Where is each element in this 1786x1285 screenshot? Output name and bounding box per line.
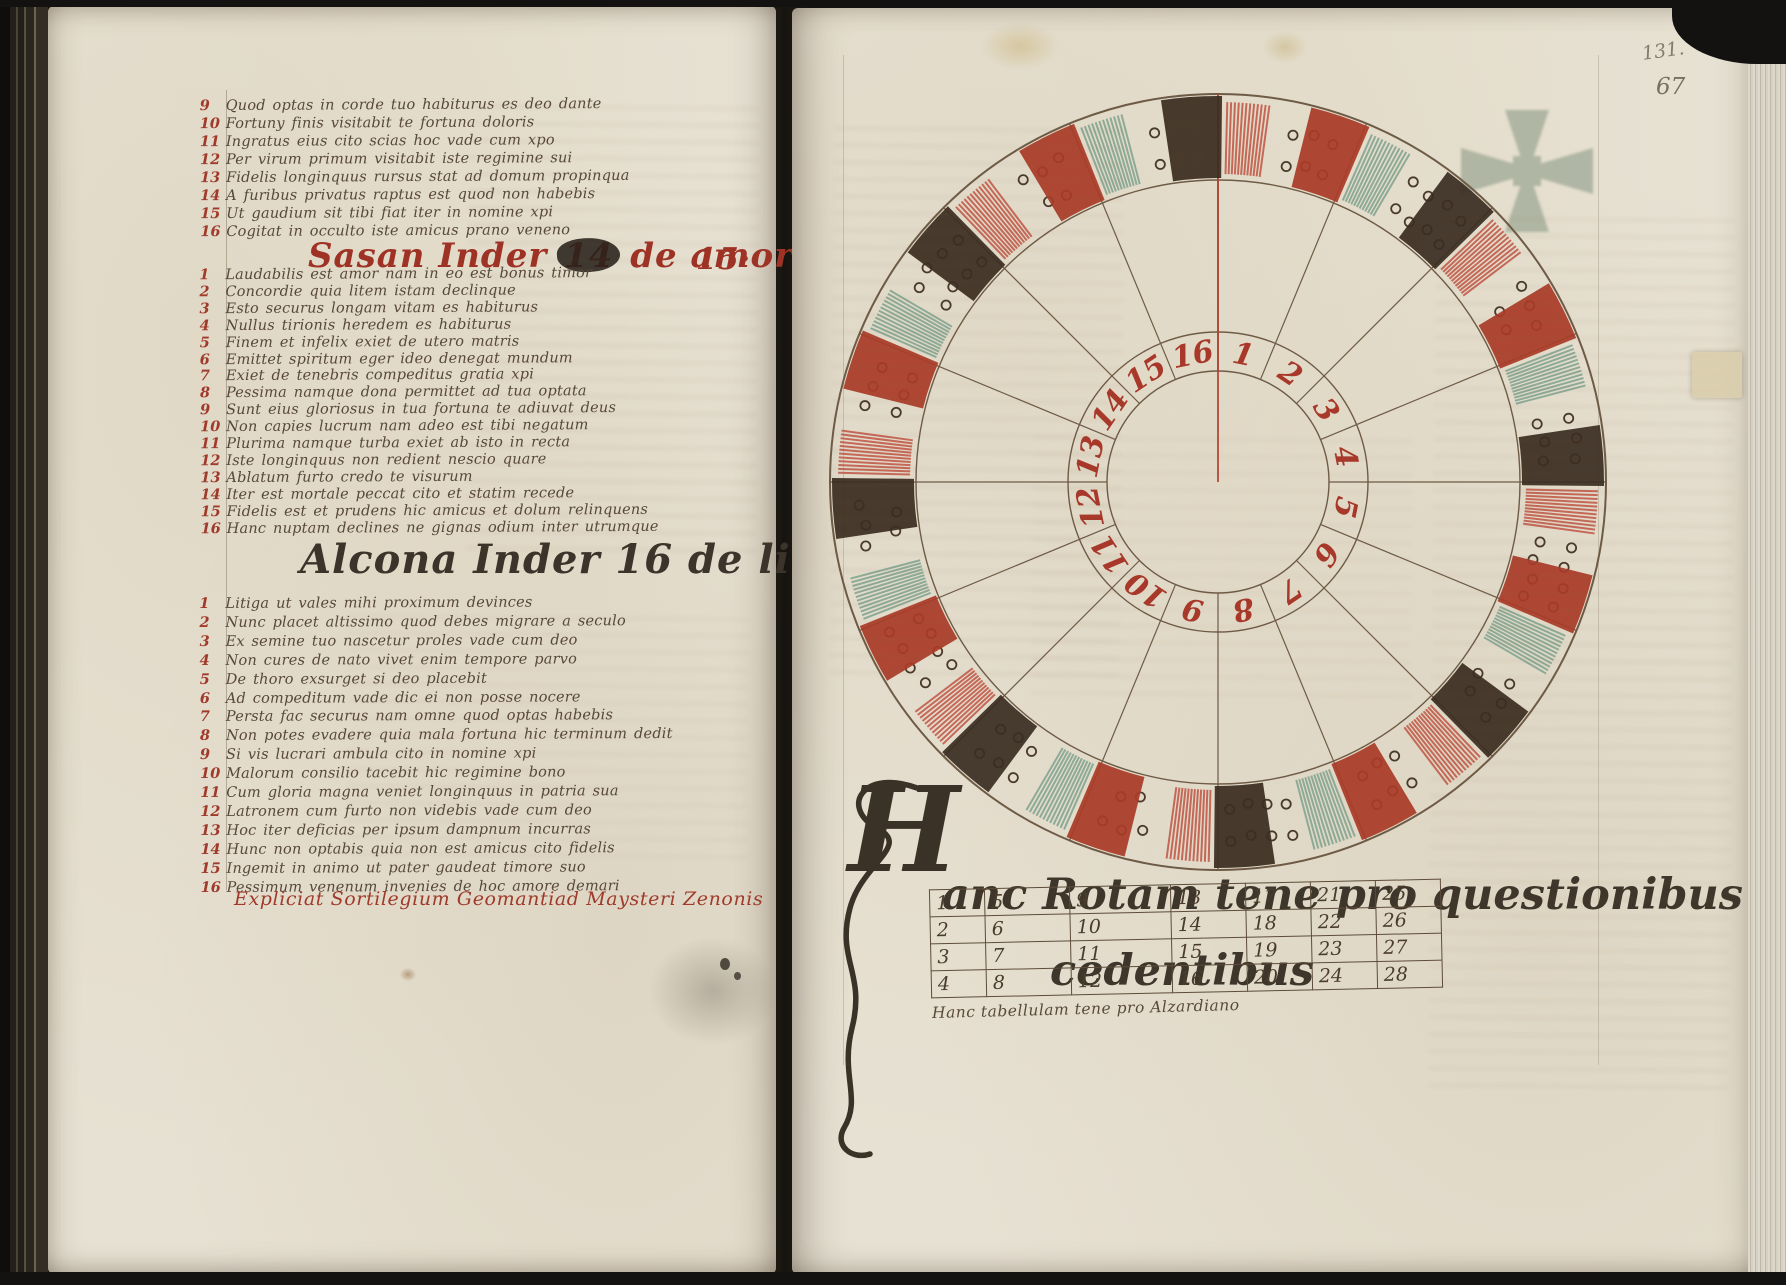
table-cell: 5 bbox=[984, 887, 1070, 916]
wheel-sector-number: 2 bbox=[1271, 353, 1309, 394]
line-number: 5 bbox=[200, 671, 226, 689]
table-cell: 3 bbox=[931, 943, 987, 971]
number-tabella: 1591317212526101418222637111519232748121… bbox=[929, 879, 1443, 999]
book-edge-top bbox=[0, 0, 1786, 7]
manuscript-spread: 9Quod optas in corde tuo habiturus es de… bbox=[0, 0, 1786, 1285]
table-cell: 17 bbox=[1245, 882, 1311, 910]
ink-spot bbox=[734, 972, 741, 980]
line-number: 16 bbox=[201, 879, 227, 897]
page-stain bbox=[980, 22, 1060, 70]
manuscript-line: 1Litiga ut vales mihi proximum devinces bbox=[199, 593, 672, 614]
line-number: 15 bbox=[200, 205, 226, 222]
line-number: 10 bbox=[200, 419, 226, 436]
line-number: 14 bbox=[200, 841, 226, 859]
line-number: 13 bbox=[200, 470, 226, 487]
line-number: 11 bbox=[200, 133, 226, 150]
line-number: 2 bbox=[199, 284, 225, 301]
line-number: 11 bbox=[200, 784, 226, 802]
table-cell: 6 bbox=[985, 914, 1071, 943]
line-number: 3 bbox=[199, 301, 225, 318]
table-cell: 2 bbox=[930, 916, 986, 944]
table-cell: 12 bbox=[1071, 966, 1173, 995]
folio-number-131: 131. bbox=[1641, 37, 1686, 65]
line-number: 10 bbox=[200, 765, 226, 783]
page-stain bbox=[648, 936, 778, 1046]
line-number: 8 bbox=[200, 385, 226, 402]
table-cell: 15 bbox=[1172, 937, 1248, 966]
table-cell: 4 bbox=[931, 970, 987, 998]
left-page: 9Quod optas in corde tuo habiturus es de… bbox=[48, 6, 776, 1274]
line-number: 15 bbox=[200, 860, 226, 878]
line-number: 9 bbox=[200, 97, 226, 114]
colophon-explicit: Expliciat Sortilegium Geomantiad Mayster… bbox=[234, 888, 763, 910]
book-binding-edge bbox=[0, 0, 48, 1285]
line-text: Ablatum furto credo te visurum bbox=[226, 469, 472, 486]
line-number: 9 bbox=[200, 402, 226, 419]
line-number: 6 bbox=[200, 689, 226, 707]
table-cell: 19 bbox=[1246, 936, 1312, 964]
bleedthrough-text-ghost bbox=[466, 105, 760, 558]
line-number: 12 bbox=[200, 151, 226, 168]
table-cell: 10 bbox=[1070, 912, 1172, 941]
table-cell: 13 bbox=[1170, 883, 1246, 912]
line-number: 7 bbox=[200, 708, 226, 726]
line-number: 13 bbox=[200, 822, 226, 840]
line-number: 1 bbox=[199, 267, 225, 284]
line-number: 10 bbox=[200, 115, 226, 132]
line-number: 12 bbox=[200, 453, 226, 470]
table-cell: 9 bbox=[1069, 885, 1171, 914]
bleedthrough-text-ghost bbox=[1428, 217, 1736, 1100]
table-cell: 23 bbox=[1311, 935, 1377, 963]
line-number: 13 bbox=[200, 169, 226, 186]
line-number: 1 bbox=[199, 595, 225, 613]
folio-number-67: 67 bbox=[1656, 74, 1685, 100]
line-number: 12 bbox=[200, 803, 226, 821]
page-stain bbox=[400, 968, 416, 981]
wheel-sector-number: 1 bbox=[1230, 336, 1257, 374]
line-number: 14 bbox=[200, 187, 226, 204]
line-number: 16 bbox=[201, 521, 227, 538]
line-number: 11 bbox=[200, 436, 226, 453]
right-page: 131. 67 12345678910111213141516 H anc Ro… bbox=[792, 8, 1750, 1274]
table-cell: 22 bbox=[1311, 908, 1377, 936]
line-number: 9 bbox=[200, 746, 226, 764]
table-cell: 14 bbox=[1171, 910, 1247, 939]
line-number: 5 bbox=[200, 335, 226, 352]
table-cell: 11 bbox=[1071, 939, 1173, 968]
line-number: 7 bbox=[200, 369, 226, 386]
book-edge-bottom bbox=[0, 1272, 1786, 1285]
page-stack-edge bbox=[1748, 26, 1786, 1285]
line-number: 4 bbox=[200, 652, 226, 670]
table-cell: 24 bbox=[1312, 962, 1378, 990]
line-text: Litiga ut vales mihi proximum devinces bbox=[225, 595, 532, 612]
bleedthrough-text-ghost bbox=[347, 614, 749, 867]
line-number: 2 bbox=[199, 614, 225, 632]
line-number: 3 bbox=[200, 633, 226, 651]
table-cell: 20 bbox=[1247, 963, 1313, 991]
wheel-sector-number: 15 bbox=[1119, 348, 1173, 400]
ink-spot bbox=[720, 958, 730, 970]
line-number: 8 bbox=[200, 727, 226, 745]
wheel-sector-number: 16 bbox=[1169, 334, 1217, 376]
bleedthrough-text-ghost bbox=[1031, 436, 1413, 699]
caption-initial-letter: H bbox=[848, 780, 960, 880]
page-stain bbox=[1262, 30, 1308, 64]
table-cell: 21 bbox=[1310, 881, 1376, 909]
table-cell: 1 bbox=[929, 889, 985, 917]
table-cell: 7 bbox=[986, 941, 1072, 970]
table-cell: 18 bbox=[1246, 909, 1312, 937]
tape-tab bbox=[1692, 352, 1742, 398]
table-cell: 16 bbox=[1172, 964, 1248, 993]
tabella-caption: Hanc tabellulam tene pro Alzardiano bbox=[932, 996, 1240, 1022]
line-number: 15 bbox=[201, 504, 227, 521]
line-number: 4 bbox=[200, 318, 226, 335]
table-cell: 8 bbox=[986, 968, 1072, 997]
line-number: 14 bbox=[200, 487, 226, 504]
line-number: 6 bbox=[200, 352, 226, 369]
